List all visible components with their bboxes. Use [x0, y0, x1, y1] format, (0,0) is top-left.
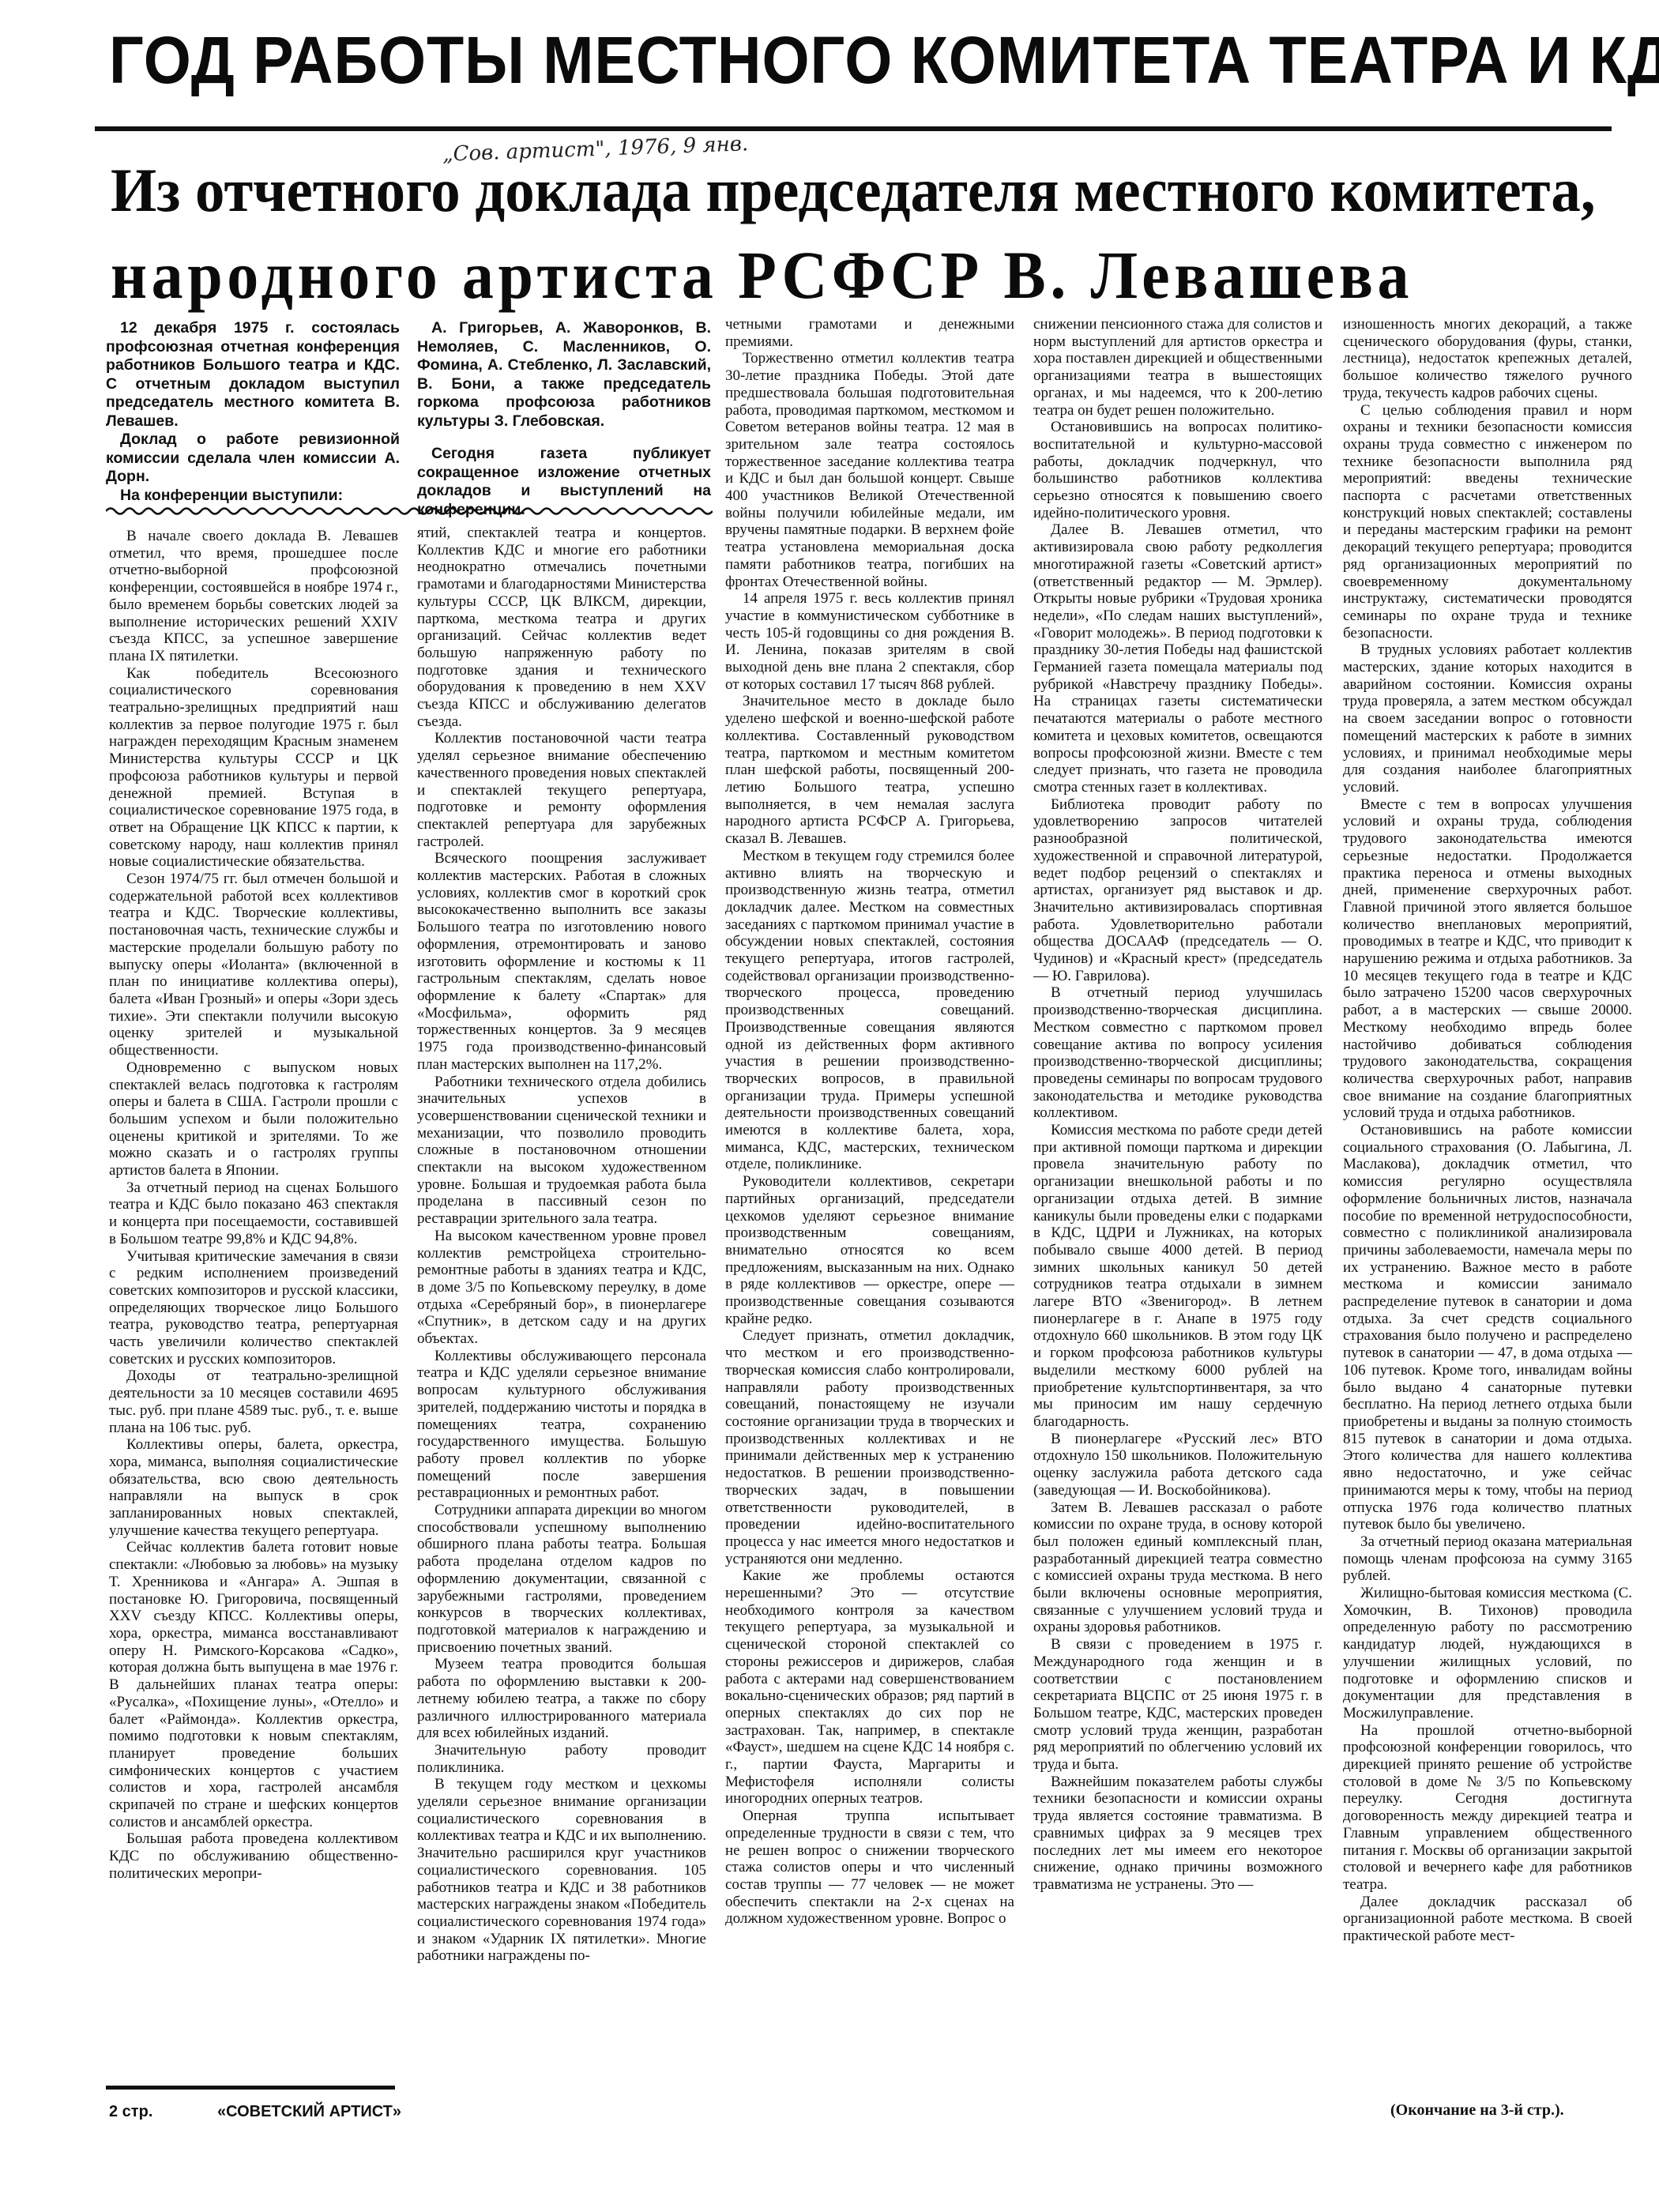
- paragraph: Комиссия месткома по работе среди детей …: [1033, 1122, 1322, 1431]
- paragraph: Коллективы обслуживающего персонала теат…: [417, 1348, 706, 1502]
- intro-column-b: А. Григорьев, А. Жаворонков, В. Немоляев…: [417, 319, 711, 519]
- newspaper-page: ГОД РАБОТЫ МЕСТНОГО КОМИТЕТА ТЕАТРА И КД…: [0, 0, 1659, 2212]
- paragraph: На прошлой отчетно-выборной профсоюзной …: [1343, 1722, 1632, 1894]
- paragraph: Доходы от театрально-зрелищной деятельно…: [109, 1367, 398, 1436]
- footer-divider: [106, 2086, 395, 2090]
- article-column-5: изношенность многих декораций, а также с…: [1343, 316, 1632, 1945]
- paragraph: Сейчас коллектив балета готовит новые сп…: [109, 1539, 398, 1830]
- article-column-4: снижении пенсионного стажа для солистов …: [1033, 316, 1322, 1894]
- paragraph: Какие же проблемы остаются нерешенными? …: [725, 1567, 1014, 1808]
- paragraph: Значительное место в докладе было уделен…: [725, 693, 1014, 847]
- paragraph: Значительную работу проводит поликлиника…: [417, 1742, 706, 1776]
- paragraph: 14 апреля 1975 г. весь коллектив принял …: [725, 590, 1014, 693]
- newspaper-name: «СОВЕТСКИЙ АРТИСТ»: [217, 2103, 401, 2121]
- paragraph: Торжественно отметил коллектив театра 30…: [725, 350, 1014, 590]
- continued-notice: (Окончание на 3-й стр.).: [1390, 2101, 1564, 2120]
- paragraph: В начале своего доклада В. Левашев отмет…: [109, 528, 398, 665]
- paragraph: Оперная труппа испытывает определенные т…: [725, 1808, 1014, 1928]
- paragraph: Местком в текущем году стремился более а…: [725, 848, 1014, 1173]
- paragraph: На высоком качественном уровне провел ко…: [417, 1228, 706, 1348]
- intro-column-a: 12 декабря 1975 г. состоялась профсоюзна…: [106, 319, 400, 505]
- paragraph: Как победитель Всесоюзного социалистичес…: [109, 665, 398, 871]
- headline-line-2: народного артиста РСФСР В. Левашева: [111, 235, 1522, 314]
- intro-paragraph: 12 декабря 1975 г. состоялась профсоюзна…: [106, 319, 400, 431]
- paragraph: Большая работа проведена коллективом КДС…: [109, 1830, 398, 1882]
- page-number: 2 стр.: [109, 2103, 152, 2121]
- section-banner: ГОД РАБОТЫ МЕСТНОГО КОМИТЕТА ТЕАТРА И КД…: [109, 21, 1490, 100]
- paragraph: В текущем году местком и цехкомы уделяли…: [417, 1776, 706, 1965]
- paragraph: Коллектив постановочной части театра уде…: [417, 730, 706, 850]
- paragraph: Коллективы оперы, балета, оркестра, хора…: [109, 1436, 398, 1539]
- paragraph: За отчетный период оказана материальная …: [1343, 1533, 1632, 1585]
- paragraph: В связи с проведением в 1975 г. Междунар…: [1033, 1636, 1322, 1774]
- banner-divider: [95, 126, 1612, 131]
- article-column-1: В начале своего доклада В. Левашев отмет…: [109, 528, 398, 1883]
- paragraph: В пионерлагере «Русский лес» ВТО отдохну…: [1033, 1431, 1322, 1499]
- paragraph: Следует признать, отметил докладчик, что…: [725, 1327, 1014, 1567]
- paragraph: Одновременно с выпуском новых спектаклей…: [109, 1059, 398, 1179]
- article-column-3: четными грамотами и денежными премиями. …: [725, 316, 1014, 1928]
- intro-paragraph: А. Григорьев, А. Жаворонков, В. Немоляев…: [417, 319, 711, 431]
- page-footer: 2 стр. «СОВЕТСКИЙ АРТИСТ»: [109, 2103, 401, 2121]
- paragraph: Библиотека проводит работу по удовлетвор…: [1033, 796, 1322, 985]
- paragraph: четными грамотами и денежными премиями.: [725, 316, 1014, 350]
- headline-line-1: Из отчетного доклада председателя местно…: [111, 155, 1567, 226]
- paragraph: изношенность многих декораций, а также с…: [1343, 316, 1632, 402]
- wavy-divider: [106, 506, 713, 517]
- paragraph: Работники технического отдела добились з…: [417, 1074, 706, 1228]
- paragraph: Сезон 1974/75 гг. был отмечен большой и …: [109, 871, 398, 1059]
- paragraph: Руководители коллективов, секретари парт…: [725, 1173, 1014, 1327]
- paragraph: снижении пенсионного стажа для солистов …: [1033, 316, 1322, 419]
- paragraph: Сотрудники аппарата дирекции во многом с…: [417, 1502, 706, 1656]
- paragraph: В отчетный период улучшилась производств…: [1033, 984, 1322, 1122]
- paragraph: Далее В. Левашев отметил, что активизиро…: [1033, 521, 1322, 796]
- paragraph: Музеем театра проводится большая работа …: [417, 1656, 706, 1742]
- intro-paragraph: На конференции выступили:: [106, 487, 400, 506]
- paragraph: Затем В. Левашев рассказал о работе коми…: [1033, 1499, 1322, 1637]
- paragraph: Учитывая критические замечания в связи с…: [109, 1248, 398, 1368]
- article-column-2: ятий, спектаклей театра и концертов. Кол…: [417, 525, 706, 1965]
- paragraph: Жилищно-бытовая комиссия месткома (С. Хо…: [1343, 1585, 1632, 1722]
- paragraph: В трудных условиях работает коллектив ма…: [1343, 641, 1632, 796]
- paragraph: С целью соблюдения правил и норм охраны …: [1343, 402, 1632, 642]
- paragraph: Важнейшим показателем работы службы техн…: [1033, 1774, 1322, 1894]
- paragraph: За отчетный период на сценах Большого те…: [109, 1179, 398, 1248]
- paragraph: Далее докладчик рассказал об организацио…: [1343, 1894, 1632, 1945]
- paragraph: Остановившись на работе комиссии социаль…: [1343, 1122, 1632, 1533]
- paragraph: Всяческого поощрения заслуживает коллект…: [417, 850, 706, 1073]
- intro-paragraph: Доклад о работе ревизионной комиссии сде…: [106, 431, 400, 487]
- paragraph: ятий, спектаклей театра и концертов. Кол…: [417, 525, 706, 730]
- paragraph: Вместе с тем в вопросах улучшения услови…: [1343, 796, 1632, 1122]
- paragraph: Остановившись на вопросах политико-воспи…: [1033, 419, 1322, 521]
